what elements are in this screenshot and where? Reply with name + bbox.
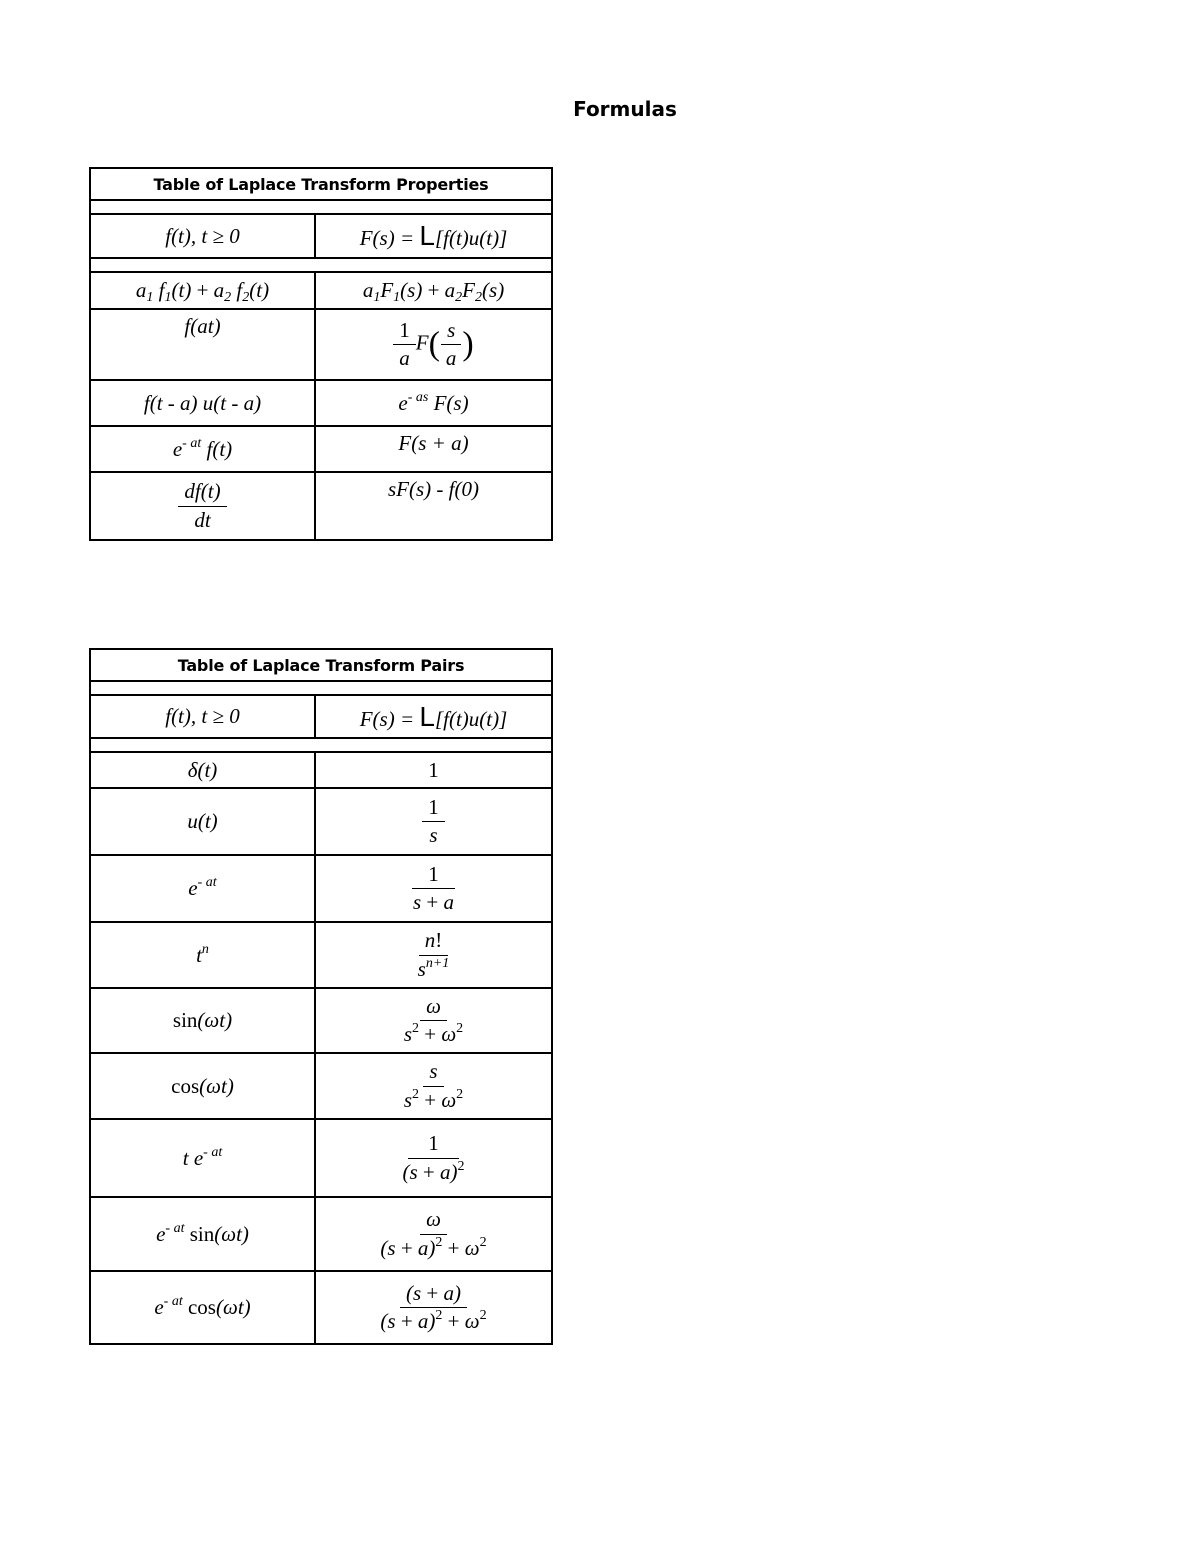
freq-damped-sine: ω(s + a)2 + ω2 xyxy=(315,1197,552,1271)
freq-cosine: ss2 + ω2 xyxy=(315,1053,552,1119)
spacer-row xyxy=(90,258,552,272)
time-t-exponential: t e- at xyxy=(90,1119,315,1197)
table-row: e- at 1s + a xyxy=(90,855,552,922)
time-damped-cosine: e- at cos(ωt) xyxy=(90,1271,315,1344)
table-row: cos(ωt) ss2 + ω2 xyxy=(90,1053,552,1119)
time-exponential: e- at xyxy=(90,855,315,922)
table-row: δ(t) 1 xyxy=(90,752,552,788)
table-row: t e- at 1(s + a)2 xyxy=(90,1119,552,1197)
freq-t-exponential: 1(s + a)2 xyxy=(315,1119,552,1197)
table-row: e- at sin(ωt) ω(s + a)2 + ω2 xyxy=(90,1197,552,1271)
table-title: Table of Laplace Transform Pairs xyxy=(90,649,552,681)
header-time-domain: f(t), t ≥ 0 xyxy=(90,214,315,258)
freq-sine: ωs2 + ω2 xyxy=(315,988,552,1053)
table-row: u(t) 1s xyxy=(90,788,552,855)
freq-power: n!sn+1 xyxy=(315,922,552,988)
header-s-domain: F(s) = L[f(t)u(t)] xyxy=(315,214,552,258)
table-row: f(at) 1aF(sa) xyxy=(90,309,552,380)
time-damped-sine: e- at sin(ωt) xyxy=(90,1197,315,1271)
freq-exp-mult: F(s + a) xyxy=(315,426,552,472)
freq-derivative: sF(s) - f(0) xyxy=(315,472,552,540)
laplace-properties-table: Table of Laplace Transform Properties f(… xyxy=(89,167,553,541)
freq-damped-cosine: (s + a)(s + a)2 + ω2 xyxy=(315,1271,552,1344)
time-power: tn xyxy=(90,922,315,988)
time-linearity: a1 f1(t) + a2 f2(t) xyxy=(90,272,315,309)
table-title-row: Table of Laplace Transform Pairs xyxy=(90,649,552,681)
header-time-domain: f(t), t ≥ 0 xyxy=(90,695,315,738)
time-step: u(t) xyxy=(90,788,315,855)
laplace-pairs-table: Table of Laplace Transform Pairs f(t), t… xyxy=(89,648,553,1345)
time-exp-mult: e- at f(t) xyxy=(90,426,315,472)
header-s-domain: F(s) = L[f(t)u(t)] xyxy=(315,695,552,738)
table-row: a1 f1(t) + a2 f2(t) a1F1(s) + a2F2(s) xyxy=(90,272,552,309)
spacer-row xyxy=(90,200,552,214)
freq-impulse: 1 xyxy=(315,752,552,788)
freq-shift: e- as F(s) xyxy=(315,380,552,426)
page-title: Formulas xyxy=(0,97,1200,121)
header-row: f(t), t ≥ 0 F(s) = L[f(t)u(t)] xyxy=(90,695,552,738)
table-row: df(t)dt sF(s) - f(0) xyxy=(90,472,552,540)
table-row: sin(ωt) ωs2 + ω2 xyxy=(90,988,552,1053)
time-derivative: df(t)dt xyxy=(90,472,315,540)
time-shift: f(t - a) u(t - a) xyxy=(90,380,315,426)
freq-scaling: 1aF(sa) xyxy=(315,309,552,380)
spacer-row xyxy=(90,681,552,695)
header-row: f(t), t ≥ 0 F(s) = L[f(t)u(t)] xyxy=(90,214,552,258)
spacer-row xyxy=(90,738,552,752)
table-row: e- at cos(ωt) (s + a)(s + a)2 + ω2 xyxy=(90,1271,552,1344)
table-title: Table of Laplace Transform Properties xyxy=(90,168,552,200)
time-scaling: f(at) xyxy=(90,309,315,380)
table-row: e- at f(t) F(s + a) xyxy=(90,426,552,472)
time-cosine: cos(ωt) xyxy=(90,1053,315,1119)
table-title-row: Table of Laplace Transform Properties xyxy=(90,168,552,200)
time-sine: sin(ωt) xyxy=(90,988,315,1053)
table-row: tn n!sn+1 xyxy=(90,922,552,988)
freq-linearity: a1F1(s) + a2F2(s) xyxy=(315,272,552,309)
freq-exponential: 1s + a xyxy=(315,855,552,922)
time-impulse: δ(t) xyxy=(90,752,315,788)
freq-step: 1s xyxy=(315,788,552,855)
table-row: f(t - a) u(t - a) e- as F(s) xyxy=(90,380,552,426)
